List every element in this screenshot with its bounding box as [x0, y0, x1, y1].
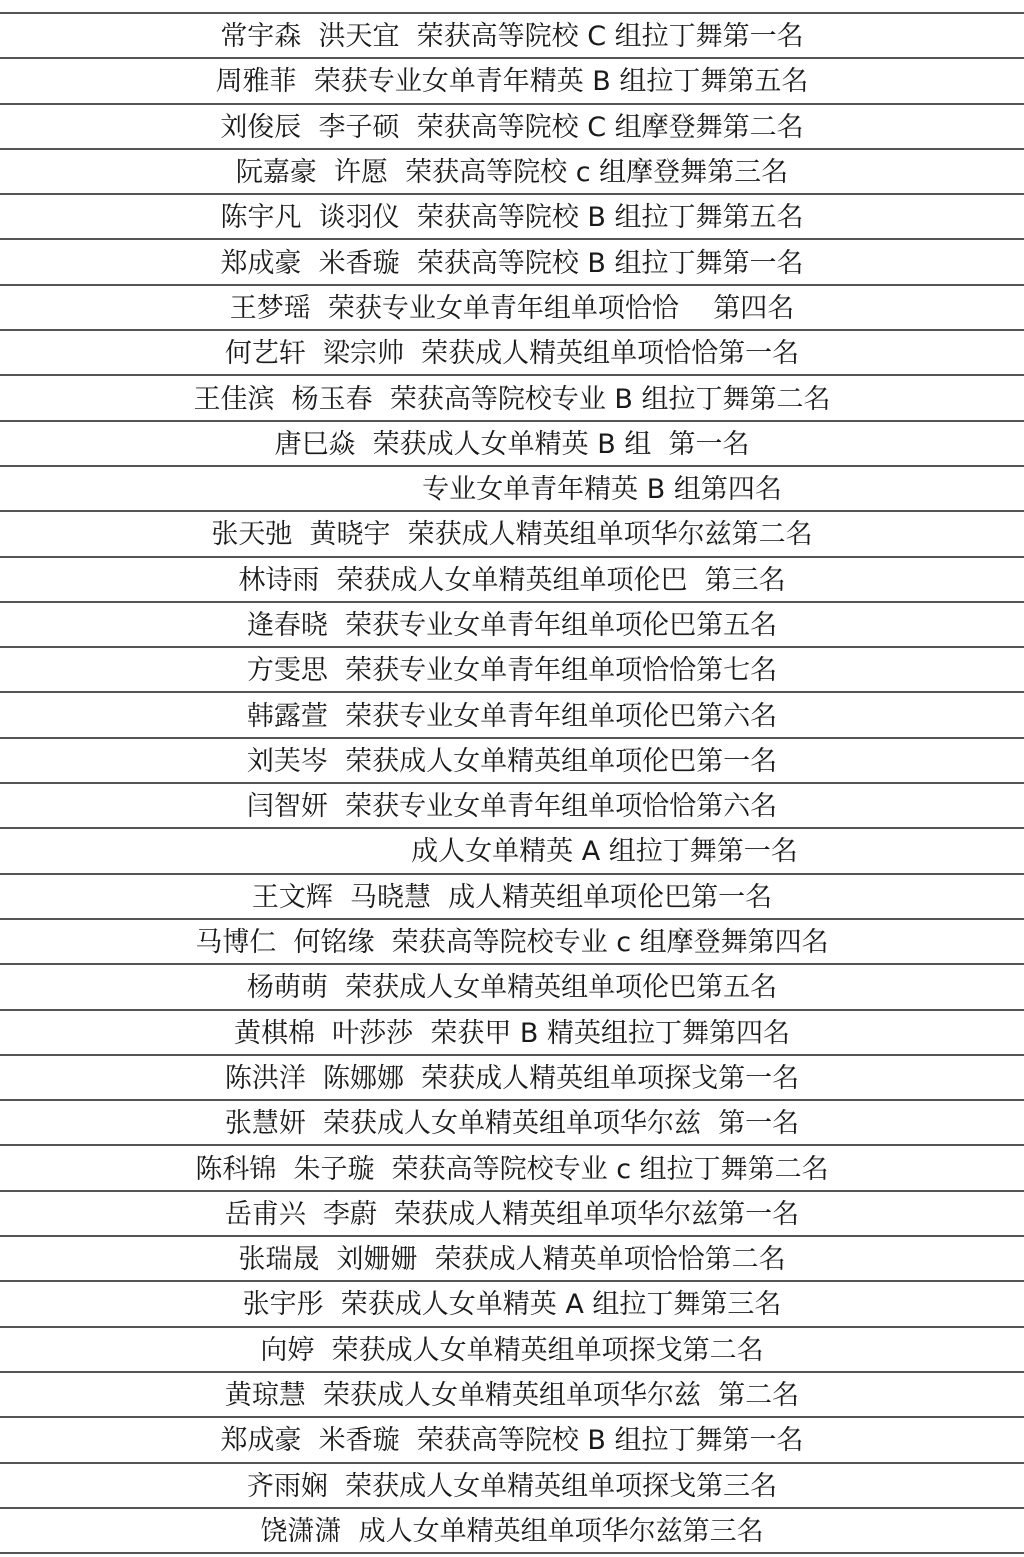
- table-row: 林诗雨 荣获成人女单精英组单项伦巴 第三名: [0, 558, 1024, 603]
- table-row: 成人女单精英 A 组拉丁舞第一名: [0, 829, 1024, 874]
- award-entry-text: 张慧妍 荣获成人女单精英组单项华尔兹 第一名: [225, 1108, 799, 1137]
- table-row: 张慧妍 荣获成人女单精英组单项华尔兹 第一名: [0, 1101, 1024, 1146]
- award-entry-text: 饶潇潇 成人女单精英组单项华尔兹第三名: [260, 1516, 763, 1545]
- award-entry-text: 张瑞晟 刘姗姗 荣获成人精英单项恰恰第二名: [238, 1244, 785, 1273]
- award-entry-text: 陈洪洋 陈娜娜 荣获成人精英组单项探戈第一名: [225, 1063, 799, 1092]
- table-row: 齐雨娴 荣获成人女单精英组单项探戈第三名: [0, 1464, 1024, 1509]
- award-entry-text: 周雅菲 荣获专业女单青年精英 B 组拉丁舞第五名: [216, 66, 809, 95]
- table-row: 王梦瑶 荣获专业女单青年组单项恰恰 第四名: [0, 286, 1024, 331]
- table-row: 闫智妍 荣获专业女单青年组单项恰恰第六名: [0, 784, 1024, 829]
- award-entry-text: 王佳滨 杨玉春 荣获高等院校专业 B 组拉丁舞第二名: [193, 384, 830, 413]
- award-entry-text: 王文辉 马晓慧 成人精英组单项伦巴第一名: [252, 882, 772, 911]
- table-row: 黄棋棉 叶莎莎 荣获甲 B 精英组拉丁舞第四名: [0, 1011, 1024, 1056]
- table-row: 马博仁 何铭缘 荣获高等院校专业 c 组摩登舞第四名: [0, 920, 1024, 965]
- award-entry-text: 陈科锦 朱子璇 荣获高等院校专业 c 组拉丁舞第二名: [195, 1154, 828, 1183]
- award-entry-text: 陈宇凡 谈羽仪 荣获高等院校 B 组拉丁舞第五名: [220, 202, 803, 231]
- table-row: 周雅菲 荣获专业女单青年精英 B 组拉丁舞第五名: [0, 59, 1024, 104]
- award-entry-text: 黄琼慧 荣获成人女单精英组单项华尔兹 第二名: [225, 1380, 799, 1409]
- award-entry-text: 闫智妍 荣获专业女单青年组单项恰恰第六名: [247, 791, 777, 820]
- table-row: 阮嘉豪 许愿 荣获高等院校 c 组摩登舞第三名: [0, 150, 1024, 195]
- table-row: 饶潇潇 成人女单精英组单项华尔兹第三名: [0, 1509, 1024, 1554]
- award-entry-text: 成人女单精英 A 组拉丁舞第一名: [226, 836, 798, 865]
- table-row: 张宇彤 荣获成人女单精英 A 组拉丁舞第三名: [0, 1282, 1024, 1327]
- table-row: 郑成豪 米香璇 荣获高等院校 B 组拉丁舞第一名: [0, 1418, 1024, 1463]
- table-row: 方雯思 荣获专业女单青年组单项恰恰第七名: [0, 648, 1024, 693]
- table-row: 韩露萱 荣获专业女单青年组单项伦巴第六名: [0, 693, 1024, 738]
- award-entry-text: 黄棋棉 叶莎莎 荣获甲 B 精英组拉丁舞第四名: [234, 1018, 790, 1047]
- table-row: 张天弛 黄晓宇 荣获成人精英组单项华尔兹第二名: [0, 512, 1024, 557]
- award-entry-text: 阮嘉豪 许愿 荣获高等院校 c 组摩登舞第三名: [236, 157, 788, 186]
- table-row: 陈洪洋 陈娜娜 荣获成人精英组单项探戈第一名: [0, 1056, 1024, 1101]
- table-row: 王文辉 马晓慧 成人精英组单项伦巴第一名: [0, 875, 1024, 920]
- table-row: 向婷 荣获成人女单精英组单项探戈第二名: [0, 1328, 1024, 1373]
- award-entry-text: 逄春晓 荣获专业女单青年组单项伦巴第五名: [247, 610, 777, 639]
- table-row: 杨萌萌 荣获成人女单精英组单项伦巴第五名: [0, 965, 1024, 1010]
- award-entry-text: 岳甫兴 李蔚 荣获成人精英组单项华尔兹第一名: [225, 1199, 799, 1228]
- award-entry-text: 张天弛 黄晓宇 荣获成人精英组单项华尔兹第二名: [211, 519, 812, 548]
- award-entry-text: 向婷 荣获成人女单精英组单项探戈第二名: [260, 1335, 763, 1364]
- award-entry-text: 张宇彤 荣获成人女单精英 A 组拉丁舞第三名: [243, 1289, 782, 1318]
- table-row: 黄琼慧 荣获成人女单精英组单项华尔兹 第二名: [0, 1373, 1024, 1418]
- table-row: 岳甫兴 李蔚 荣获成人精英组单项华尔兹第一名: [0, 1192, 1024, 1237]
- table-row: 陈科锦 朱子璇 荣获高等院校专业 c 组拉丁舞第二名: [0, 1146, 1024, 1191]
- table-row: 刘芙岑 荣获成人女单精英组单项伦巴第一名: [0, 739, 1024, 784]
- award-entry-text: 王梦瑶 荣获专业女单青年组单项恰恰 第四名: [230, 293, 795, 322]
- award-entry-text: 林诗雨 荣获成人女单精英组单项伦巴 第三名: [238, 565, 785, 594]
- table-row: 唐巳焱 荣获成人女单精英 B 组 第一名: [0, 422, 1024, 467]
- award-entry-text: 韩露萱 荣获专业女单青年组单项伦巴第六名: [247, 701, 777, 730]
- award-entry-text: 唐巳焱 荣获成人女单精英 B 组 第一名: [274, 429, 749, 458]
- table-row: 郑成豪 米香璇 荣获高等院校 B 组拉丁舞第一名: [0, 240, 1024, 285]
- table-row: 王佳滨 杨玉春 荣获高等院校专业 B 组拉丁舞第二名: [0, 376, 1024, 421]
- award-entry-text: 郑成豪 米香璇 荣获高等院校 B 组拉丁舞第一名: [220, 1425, 803, 1454]
- award-entry-text: 何艺轩 梁宗帅 荣获成人精英组单项恰恰第一名: [225, 338, 799, 367]
- award-entry-text: 方雯思 荣获专业女单青年组单项恰恰第七名: [247, 655, 777, 684]
- table-row: 刘俊辰 李子硕 荣获高等院校 C 组摩登舞第二名: [0, 105, 1024, 150]
- award-entry-text: 常宇森 洪天宜 荣获高等院校 C 组拉丁舞第一名: [220, 21, 803, 50]
- table-row: 陈宇凡 谈羽仪 荣获高等院校 B 组拉丁舞第五名: [0, 195, 1024, 240]
- award-list-table: 常宇森 洪天宜 荣获高等院校 C 组拉丁舞第一名 周雅菲 荣获专业女单青年精英 …: [0, 12, 1024, 1554]
- award-entry-text: 齐雨娴 荣获成人女单精英组单项探戈第三名: [247, 1471, 777, 1500]
- table-row: 张瑞晟 刘姗姗 荣获成人精英单项恰恰第二名: [0, 1237, 1024, 1282]
- award-entry-text: 刘芙岑 荣获成人女单精英组单项伦巴第一名: [247, 746, 777, 775]
- award-entry-text: 郑成豪 米香璇 荣获高等院校 B 组拉丁舞第一名: [220, 248, 803, 277]
- award-entry-text: 杨萌萌 荣获成人女单精英组单项伦巴第五名: [247, 972, 777, 1001]
- table-row: 常宇森 洪天宜 荣获高等院校 C 组拉丁舞第一名: [0, 14, 1024, 59]
- table-row: 何艺轩 梁宗帅 荣获成人精英组单项恰恰第一名: [0, 331, 1024, 376]
- award-entry-text: 马博仁 何铭缘 荣获高等院校专业 c 组摩登舞第四名: [195, 927, 828, 956]
- table-row: 逄春晓 荣获专业女单青年组单项伦巴第五名: [0, 603, 1024, 648]
- award-entry-text: 刘俊辰 李子硕 荣获高等院校 C 组摩登舞第二名: [220, 112, 803, 141]
- table-row: 专业女单青年精英 B 组第四名: [0, 467, 1024, 512]
- award-entry-text: 专业女单青年精英 B 组第四名: [242, 474, 782, 503]
